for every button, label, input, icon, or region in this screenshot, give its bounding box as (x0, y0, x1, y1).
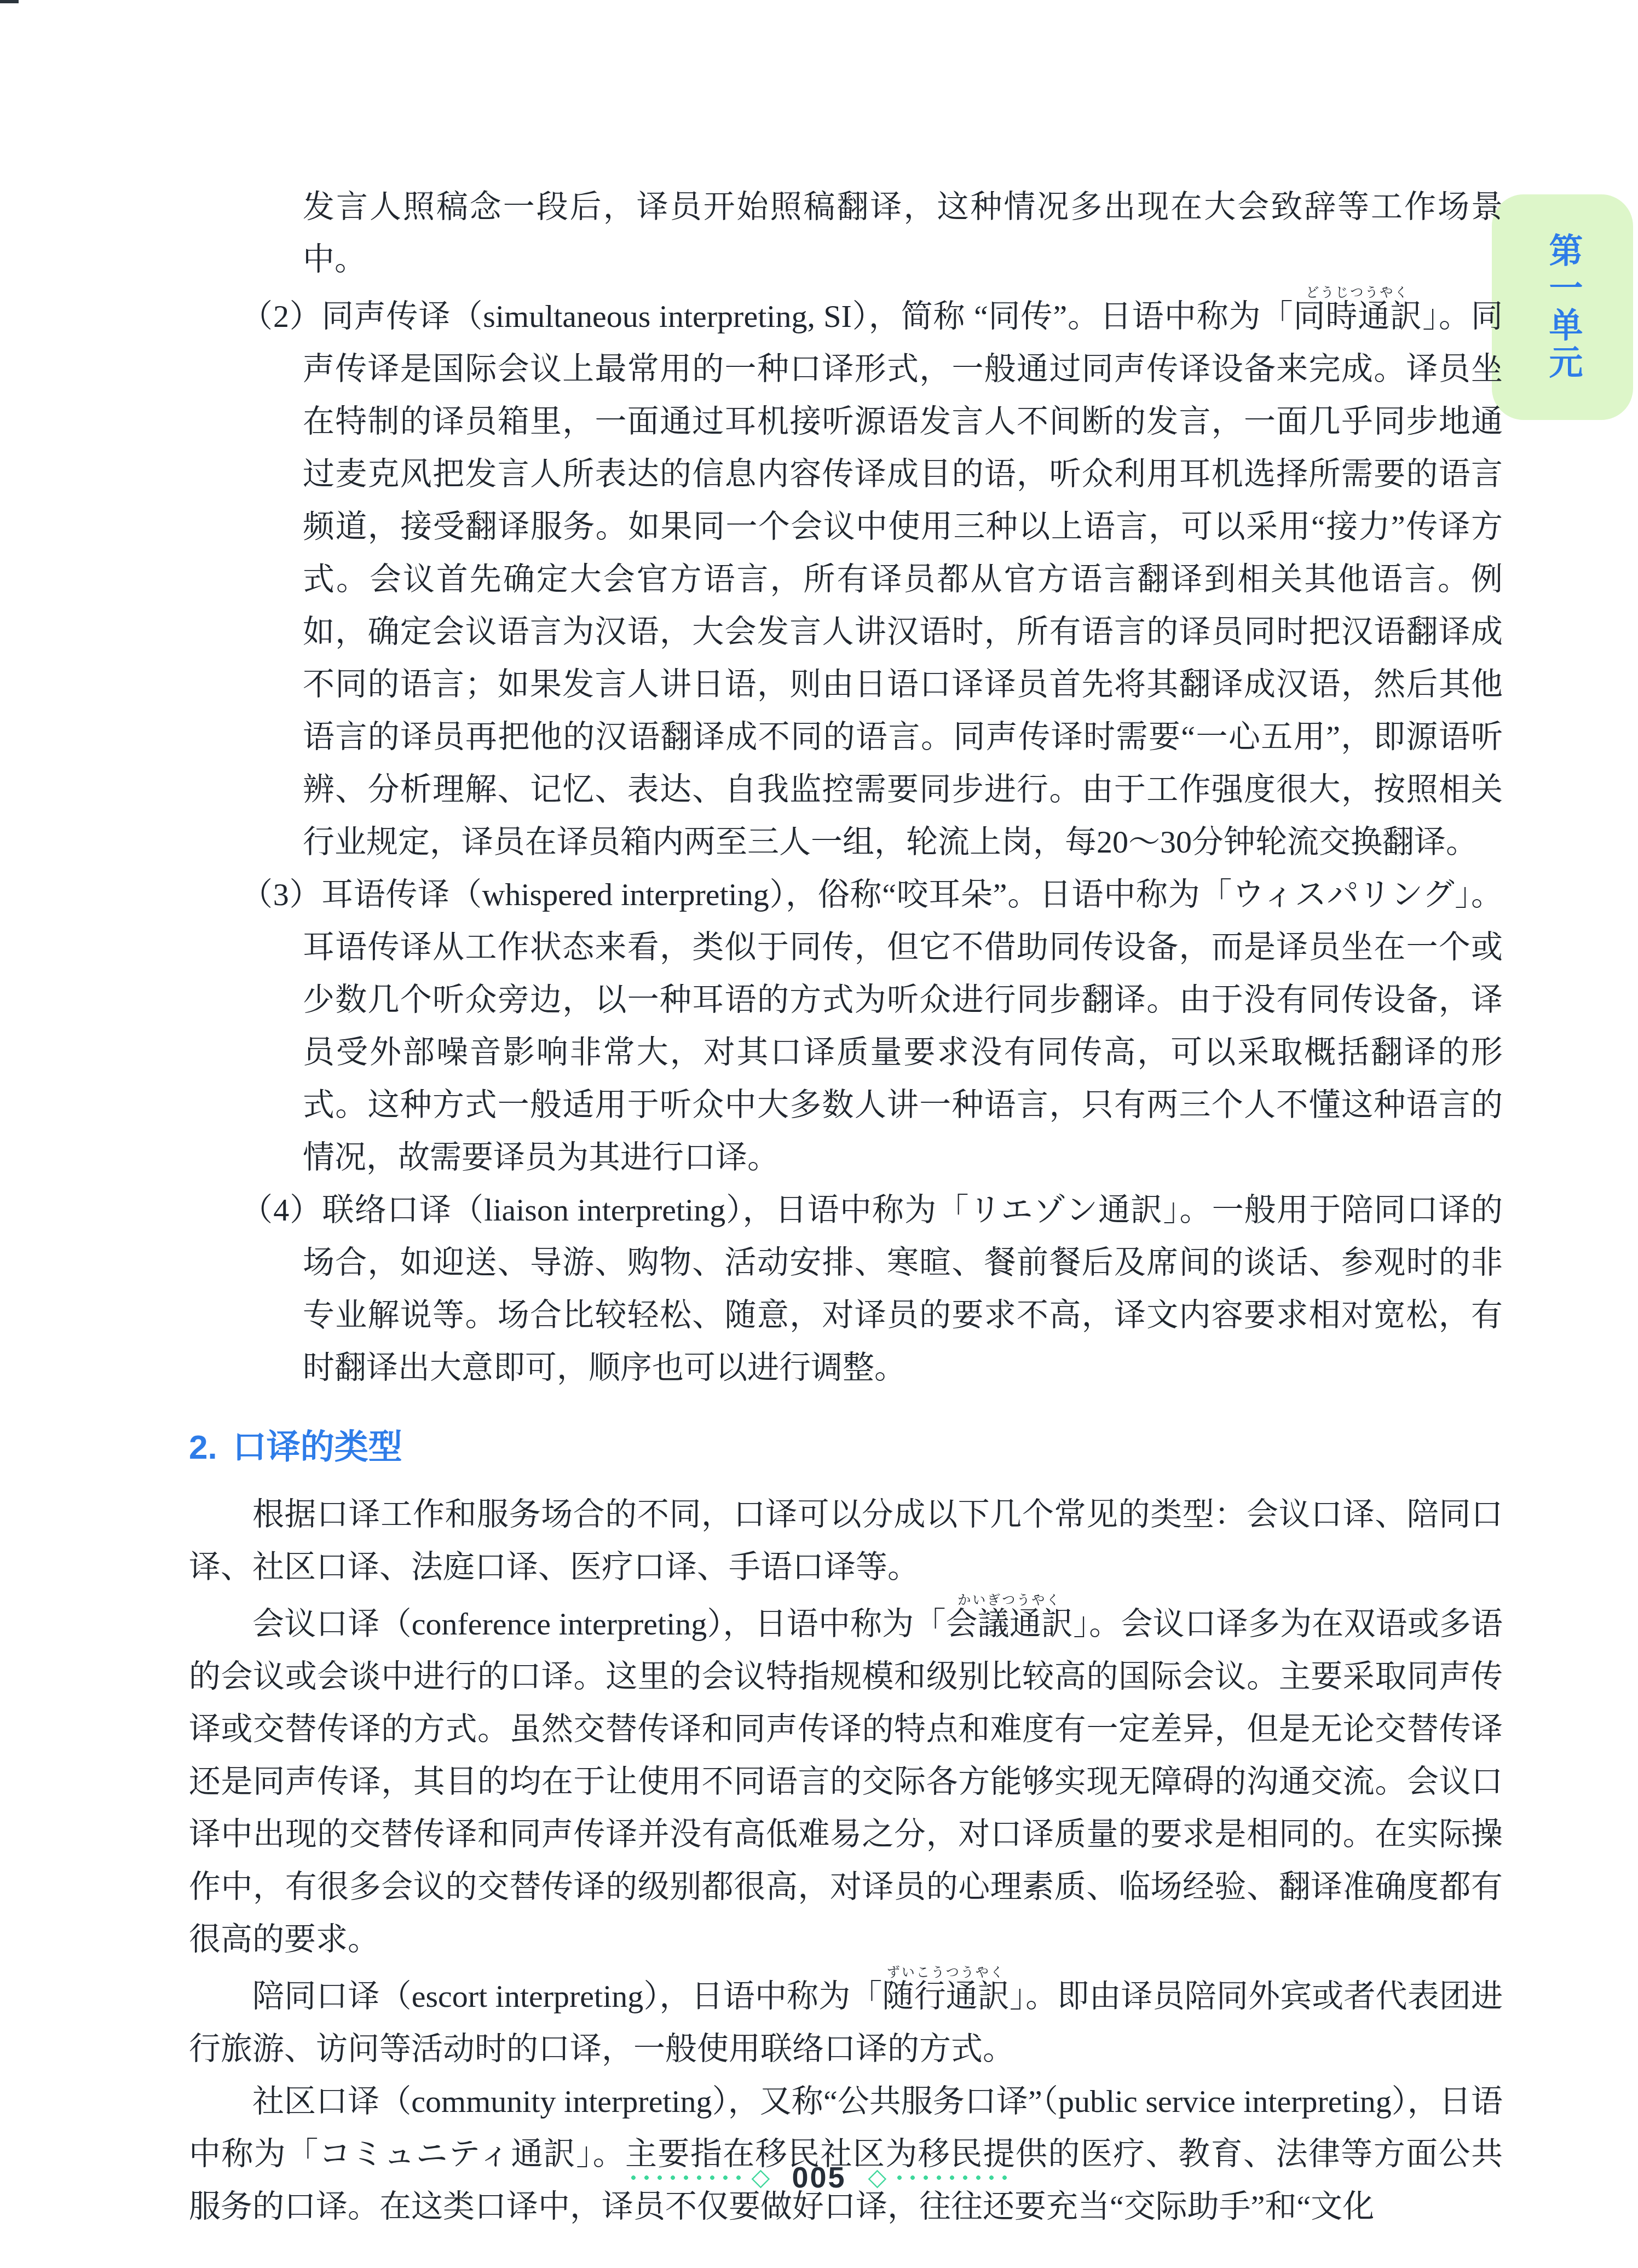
content-area: 发言人照稿念一段后，译员开始照稿翻译，这种情况多出现在大会致辞等工作场景中。 （… (189, 181, 1503, 2233)
furigana-annotation: 会議通訳かいぎつうやく (946, 1606, 1074, 1642)
furigana-annotation: 随行通訳ずいこうつうやく (883, 1978, 1010, 2014)
paragraph-community-interpreting: 社区口译（community interpreting），又称“公共服务口译”（… (189, 2075, 1503, 2233)
section-title: 口译的类型 (233, 1429, 402, 1466)
section-number: 2. (189, 1429, 217, 1466)
list-item-whispered: （3）耳语传译（whispered interpreting），俗称“咬耳朵”。… (189, 868, 1503, 1184)
item-number: （3） (241, 877, 321, 912)
item-text: 联络口译（liaison interpreting），日语中称为「リエゾン通訳」… (303, 1192, 1503, 1385)
item-number: （2） (241, 298, 322, 334)
diamond-icon-left: ◇ (752, 2166, 770, 2190)
unit-tab-label: 第一单元 (1545, 233, 1579, 382)
list-item-simultaneous: （2）同声传译（simultaneous interpreting, SI），简… (189, 286, 1503, 868)
item-text: 同声传译（simultaneous interpreting, SI），简称 “… (303, 298, 1503, 860)
dotted-line-left (628, 2175, 744, 2180)
list-item-liaison: （4）联络口译（liaison interpreting），日语中称为「リエゾン… (189, 1184, 1503, 1394)
unit-tab: 第一单元 (1492, 194, 1633, 420)
diamond-icon-right: ◇ (868, 2166, 887, 2190)
page-footer: ◇ 005 ◇ (0, 2163, 1638, 2192)
paragraph-escort-interpreting: 陪同口译（escort interpreting），日语中称为「随行通訳ずいこう… (189, 1966, 1503, 2075)
paragraph-types-overview: 根据口译工作和服务场合的不同，口译可以分成以下几个常见的类型：会议口译、陪同口译… (189, 1488, 1503, 1593)
section-heading: 2.口译的类型 (189, 1426, 1503, 1470)
page-number: 005 (792, 2163, 846, 2192)
paragraph-continuation: 发言人照稿念一段后，译员开始照稿翻译，这种情况多出现在大会致辞等工作场景中。 (189, 181, 1503, 286)
dotted-line-right (894, 2175, 1010, 2180)
item-text: 耳语传译（whispered interpreting），俗称“咬耳朵”。日语中… (303, 877, 1503, 1175)
page: 第一单元 发言人照稿念一段后，译员开始照稿翻译，这种情况多出现在大会致辞等工作场… (0, 0, 1638, 2268)
furigana-annotation: 同時通訳どうじつうやく (1293, 298, 1422, 334)
corner-crop-mark (0, 0, 19, 3)
paragraph-conference-interpreting: 会议口译（conference interpreting），日语中称为「会議通訳… (189, 1593, 1503, 1966)
item-number: （4） (241, 1192, 322, 1228)
